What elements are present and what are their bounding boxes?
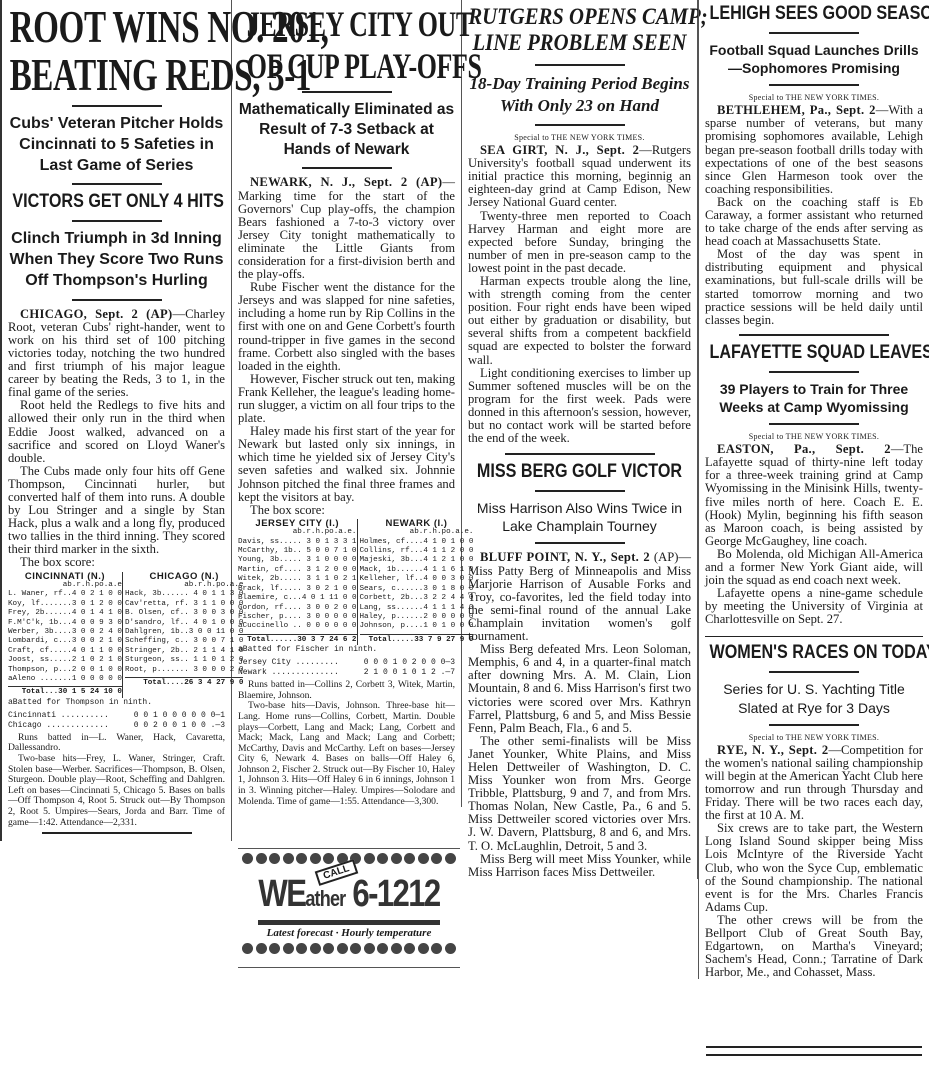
paragraph: Light conditioning exercises to limber u…: [468, 367, 691, 446]
headline-lehigh: LEHIGH SEES GOOD SEASON: [709, 4, 918, 25]
box-score-row: Hack, 3b......4 0 1 1 3 0: [125, 590, 244, 599]
headline-line-2: OF CUP PLAY-OFFS: [247, 48, 446, 84]
box-score-row: L. Waner, rf..4 0 2 1 0 0: [8, 590, 122, 599]
box-score-row: Root, p.......3 0 0 0 2 0: [125, 666, 244, 675]
dateline: BLUFF POINT, N. Y., Sept. 2: [480, 550, 650, 564]
box-summary: Runs batted in—L. Waner, Hack, Cavaretta…: [8, 733, 225, 828]
deck-golf: Miss Harrison Also Wins Twice in Lake Ch…: [468, 499, 691, 535]
paragraph: Lafayette opens a nine-game schedule by …: [705, 587, 923, 626]
paragraph: The other crews will be from the Bellpor…: [705, 914, 923, 979]
box-team-home: CHICAGO (N.) ab.r.h.po.a.e Hack, 3b.....…: [122, 572, 244, 698]
dateline: NEWARK, N. J., Sept. 2 (AP): [250, 175, 442, 189]
box-score-row: Collins, rf...4 1 1 2 0 0: [360, 547, 474, 556]
box-summary: Runs batted in—Collins 2, Corbett 3, Wit…: [238, 680, 455, 807]
paragraph: Root held the Redlegs to five hits and a…: [8, 399, 225, 464]
dateline: SEA GIRT, N. J., Sept. 2: [480, 143, 639, 157]
box-score-row: Werber, 3b....3 0 0 2 4 0: [8, 628, 122, 637]
deck-2: VICTORS GET ONLY 4 HITS: [12, 192, 220, 213]
box-score-row: Kelleher, lf..4 0 0 3 0 0: [360, 575, 474, 584]
headline-line-1: ROOT WINS NO. 201,: [10, 4, 224, 50]
paragraph: Bo Molenda, old Michigan All-America and…: [705, 548, 923, 587]
article-body-lehigh: BETHLEHEM, Pa., Sept. 2—With a sparse nu…: [705, 104, 923, 327]
ad-phone: WEather 6-1212: [258, 874, 440, 919]
box-score-row: Majeski, 3b...4 1 2 1 0 0: [360, 556, 474, 565]
box-score-row: Frey, 2b......4 0 1 4 1 0: [8, 609, 122, 618]
box-score-row: Blaemire, c...4 0 1 11 0 0: [238, 594, 357, 603]
deck-lehigh: Football Squad Launches Drills —Sophomor…: [705, 41, 923, 77]
line-score: Cincinnati ..........0 0 1 0 0 0 0 0 0—1…: [8, 711, 225, 731]
ad-dot-border-bottom: [238, 939, 460, 954]
article-body-lafayette: EASTON, Pa., Sept. 2—The Lafayette squad…: [705, 443, 923, 626]
box-score-row: B. Olsen, cf..3 0 0 3 0 0: [125, 609, 244, 618]
box-score-row: Haley, p......2 0 0 0 0 0: [360, 613, 474, 622]
box-score-row: F.M'C'k, 1b...4 0 0 9 3 0: [8, 619, 122, 628]
newspaper-page: ROOT WINS NO. 201, BEATING REDS, 3-1 Cub…: [0, 0, 929, 1080]
article-body: CHICAGO, Sept. 2 (AP)—Charley Root, vete…: [8, 308, 225, 557]
box-score-row: Jersey City .........0 0 0 1 0 2 0 0 0—3: [238, 658, 455, 668]
box-score-row: Koy, lf.......3 0 1 2 0 0: [8, 600, 122, 609]
box-score-row: D'sandro, lf..4 0 1 0 0 0: [125, 619, 244, 628]
box-score-row: Joost, ss.....2 1 0 2 1 0: [8, 656, 122, 665]
box-score-row: Holmes, cf....4 1 0 1 0 0: [360, 538, 474, 547]
article-body-womens-races: RYE, N. Y., Sept. 2—Competition for the …: [705, 744, 923, 980]
box-score-row: Johnson, p....1 0 1 0 0 0: [360, 622, 474, 631]
box-score-row: Mack, 1b......4 1 1 6 1 0: [360, 566, 474, 575]
box-score-row: Davis, ss.....3 0 1 3 3 1: [238, 538, 357, 547]
end-rules: [706, 1046, 922, 1062]
deck-1: Mathematically Eliminated as Result of 7…: [238, 100, 455, 160]
box-score-row: Scheffing, c..3 0 0 7 1 0: [125, 637, 244, 646]
headline-golf: MISS BERG GOLF VICTOR: [473, 462, 686, 483]
article-body: NEWARK, N. J., Sept. 2 (AP)—Marking time…: [238, 176, 455, 503]
column-jersey-city: JERSEY CITY OUT OF CUP PLAY-OFFS Mathema…: [232, 0, 462, 807]
paragraph: Back on the coaching staff is Eb Caraway…: [705, 196, 923, 248]
weather-ad: CALL WEather 6-1212 Latest forecast · Ho…: [238, 848, 460, 968]
special-credit: Special to THE NEW YORK TIMES.: [468, 133, 691, 142]
deck-3: Clinch Triumph in 3d Inning When They Sc…: [8, 229, 225, 291]
special-credit: Special to THE NEW YORK TIMES.: [705, 733, 923, 742]
headline-line-2: LINE PROBLEM SEEN: [468, 30, 690, 56]
box-score-row: Brack, lf.....3 0 2 1 0 0: [238, 585, 357, 594]
box-score-caption: The box score:: [238, 504, 455, 517]
headline-line-2: BEATING REDS, 3-1: [10, 52, 224, 98]
paragraph: Miss Berg defeated Mrs. Leon Soloman, Me…: [468, 643, 691, 735]
box-score-row: Gordon, rf....3 0 0 2 0 0: [238, 604, 357, 613]
box-score-row: Newark ..............2 1 0 0 1 0 1 2 .—7: [238, 668, 455, 678]
paragraph: The other semi-finalists will be Miss Ja…: [468, 735, 691, 853]
box-note: aBatted for Fischer in ninth.: [238, 645, 455, 655]
box-score-row: Craft, cf.....4 0 1 1 0 0: [8, 647, 122, 656]
box-score-row: Sturgeon, ss..1 1 0 1 2 0: [125, 656, 244, 665]
box-score-row: Stringer, 2b..2 1 1 4 1 0: [125, 647, 244, 656]
box-score-row: Cincinnati ..........0 0 1 0 0 0 0 0 0—1: [8, 711, 225, 721]
column-root-wins: ROOT WINS NO. 201, BEATING REDS, 3-1 Cub…: [0, 0, 232, 841]
deck-womens-races: Series for U. S. Yachting Title Slated a…: [705, 680, 923, 716]
box-score-row: aAleno .......1 0 0 0 0 0: [8, 675, 122, 684]
dateline: RYE, N. Y., Sept. 2: [717, 743, 828, 757]
paragraph: The Cubs made only four hits off Gene Th…: [8, 465, 225, 557]
paragraph: Six crews are to take part, the Western …: [705, 822, 923, 914]
box-score-row: Witek, 2b.....3 1 1 0 2 1: [238, 575, 357, 584]
article-body: SEA GIRT, N. J., Sept. 2—Rutgers Univers…: [468, 144, 691, 445]
column-college-football: LEHIGH SEES GOOD SEASON Football Squad L…: [698, 0, 929, 979]
box-score-row: Chicago .............0 0 2 0 0 1 0 0 .—3: [8, 721, 225, 731]
box-score-row: Thompson, p...2 0 0 1 0 0: [8, 666, 122, 675]
box-score-row: Lang, ss......4 1 1 1 4 0: [360, 604, 474, 613]
box-note: aBatted for Thompson in ninth.: [8, 698, 225, 708]
box-score-row: Martin, cf....3 1 2 0 0 0: [238, 566, 357, 575]
deck-1: 18-Day Training Period Begins With Only …: [468, 73, 691, 117]
paragraph: Twenty-three men reported to Coach Harve…: [468, 210, 691, 275]
headline-line-1: JERSEY CITY OUT: [247, 6, 446, 42]
box-score-row: aCuccinello ..0 0 0 0 0 0: [238, 622, 357, 631]
box-team-away: JERSEY CITY (I.) ab.r.h.po.a.e. Davis, s…: [238, 519, 357, 645]
special-credit: Special to THE NEW YORK TIMES.: [705, 93, 923, 102]
box-score-row: Young, 3b.....3 1 0 0 0 0: [238, 556, 357, 565]
box-score-row: Dahlgren, 1b..3 0 0 11 0 0: [125, 628, 244, 637]
headline-womens-races: WOMEN'S RACES ON TODAY: [709, 643, 918, 664]
column-rutgers: RUTGERS OPENS CAMP; LINE PROBLEM SEEN 18…: [462, 0, 698, 879]
box-team-home: NEWARK (I.) ab.r.h.po.a.e. Holmes, cf...…: [357, 519, 474, 645]
box-score: JERSEY CITY (I.) ab.r.h.po.a.e. Davis, s…: [238, 519, 455, 645]
dateline: CHICAGO, Sept. 2 (AP): [20, 307, 173, 321]
dateline: EASTON, Pa., Sept. 2: [717, 442, 891, 456]
paragraph: Miss Berg will meet Miss Younker, while …: [468, 853, 691, 879]
box-score-row: Fischer, p....3 0 0 0 0 0: [238, 613, 357, 622]
deck-1: Cubs' Veteran Pitcher Holds Cincinnati t…: [8, 114, 225, 176]
special-credit: Special to THE NEW YORK TIMES.: [705, 432, 923, 441]
dateline: BETHLEHEM, Pa., Sept. 2: [717, 103, 876, 117]
box-score-row: Sears, c......3 0 1 8 0 0: [360, 585, 474, 594]
ad-tagline: Latest forecast · Hourly temperature: [238, 927, 460, 939]
deck-lafayette: 39 Players to Train for Three Weeks at C…: [705, 380, 923, 416]
line-score: Jersey City .........0 0 0 1 0 2 0 0 0—3…: [238, 658, 455, 678]
box-score-row: Cav'retta, rf.3 1 1 0 0 0: [125, 600, 244, 609]
box-score-row: Lombardi, c...3 0 0 2 1 0: [8, 637, 122, 646]
box-score-row: McCarthy, 1b..5 0 0 7 1 0: [238, 547, 357, 556]
box-score: CINCINNATI (N.) ab.r.h.po.a.e L. Waner, …: [8, 572, 225, 698]
paragraph: Haley made his first start of the year f…: [238, 425, 455, 504]
headline-line-1: RUTGERS OPENS CAMP;: [468, 4, 690, 30]
article-body-golf: BLUFF POINT, N. Y., Sept. 2 (AP)—Miss Pa…: [468, 551, 691, 878]
box-score-caption: The box score:: [8, 556, 225, 569]
paragraph: Rube Fischer went the distance for the J…: [238, 281, 455, 373]
paragraph: However, Fischer struck out ten, making …: [238, 373, 455, 425]
paragraph: Most of the day was spent in distributin…: [705, 248, 923, 327]
box-score-row: Corbett, 2b...3 2 2 4 4 0: [360, 594, 474, 603]
box-team-away: CINCINNATI (N.) ab.r.h.po.a.e L. Waner, …: [8, 572, 122, 698]
paragraph: Harman expects trouble along the line, w…: [468, 275, 691, 367]
headline-lafayette: LAFAYETTE SQUAD LEAVES: [709, 343, 918, 364]
